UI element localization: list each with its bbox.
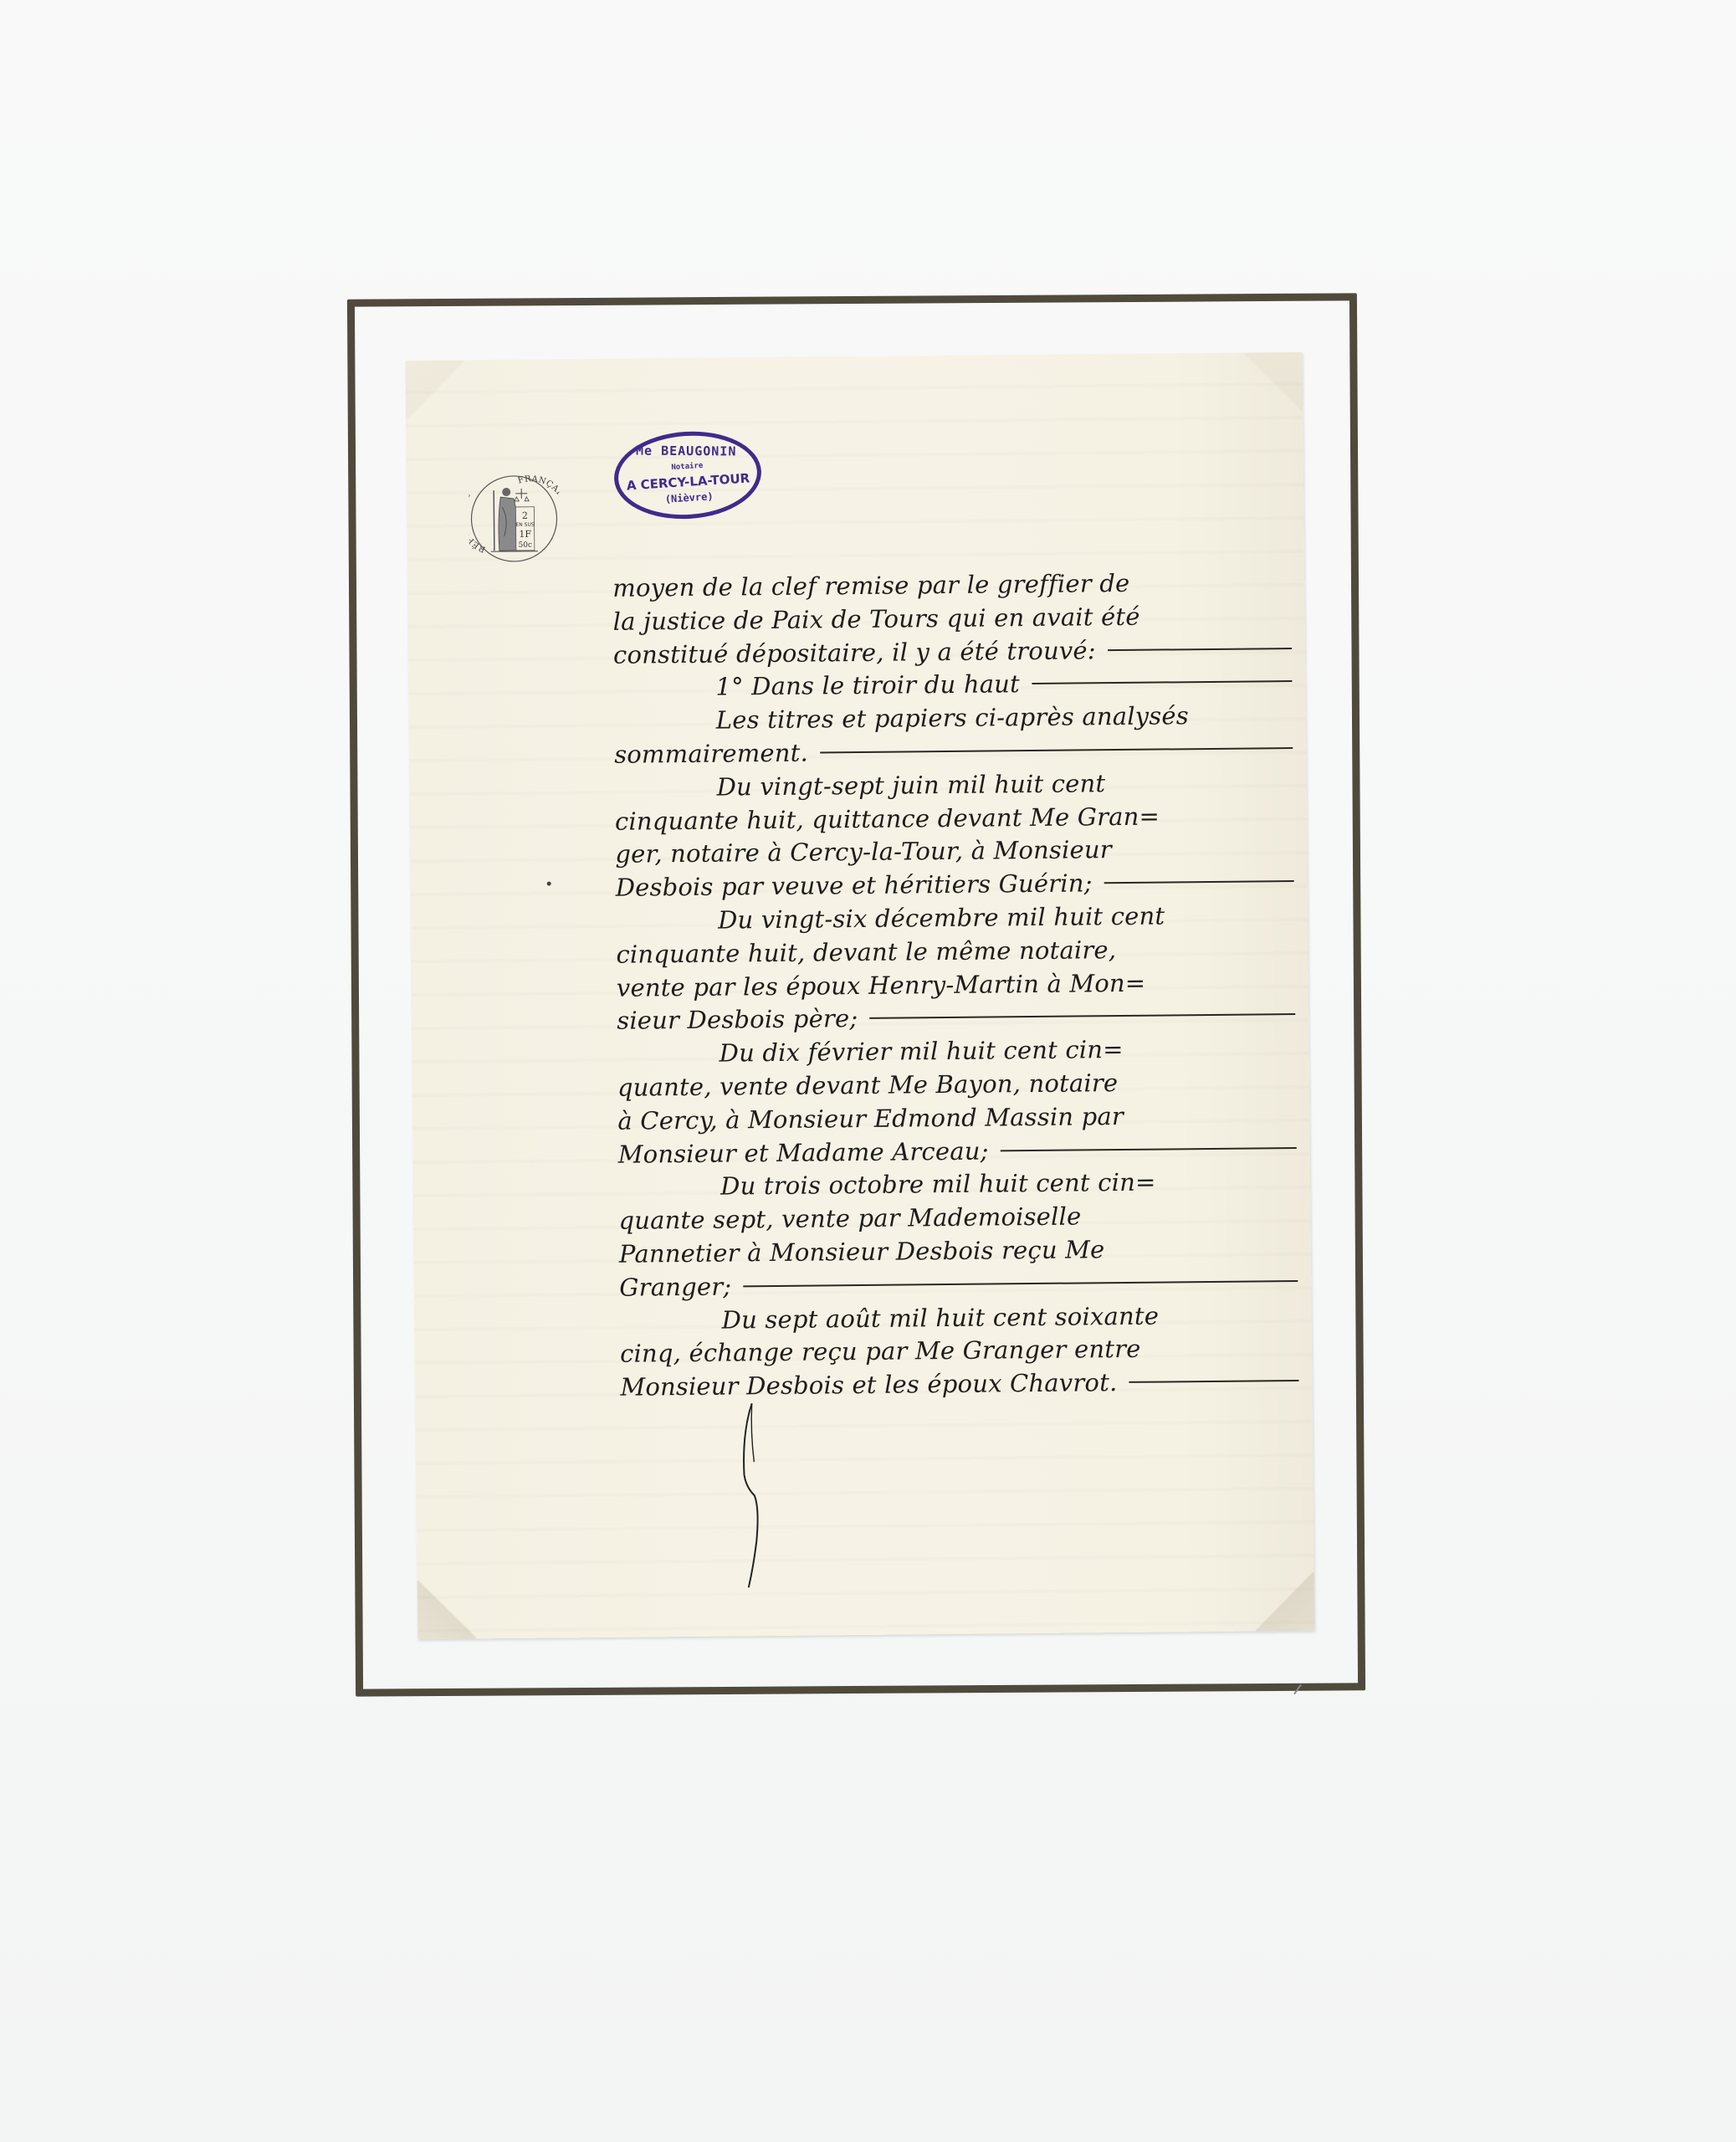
line-text: 1° Dans le tiroir du haut	[715, 669, 1020, 705]
notary-stamp: Me BEAUGONIN Notaire A CERCY-LA-TOUR (Ni…	[612, 428, 764, 524]
line-text: vente par les époux Henry-Martin à Mon=	[617, 966, 1146, 1005]
line-text: à Cercy, à Monsieur Edmond Massin par	[617, 1100, 1124, 1139]
line-text: constitué dépositaire, il y a été trouvé…	[613, 634, 1096, 672]
text-line: Monsieur Desbois et les époux Chavrot.	[620, 1365, 1302, 1405]
svg-text:50c: 50c	[519, 541, 533, 550]
line-text: Granger;	[619, 1270, 731, 1304]
mount-corner	[1244, 352, 1303, 412]
fiscal-stamp-seal-icon: RÉPUBLIQUE FRANÇAISE 2 EN SUS 1F 50c	[469, 473, 560, 564]
svg-text:1F: 1F	[519, 529, 531, 540]
mount-corner	[406, 361, 465, 420]
filler-dash-line	[1104, 880, 1294, 884]
handwritten-body: moyen de la clef remise par le greffier …	[612, 566, 1303, 1405]
line-text: cinq, échange reçu par Me Granger entre	[620, 1333, 1141, 1371]
document-paper: RÉPUBLIQUE FRANÇAISE 2 EN SUS 1F 50c Me …	[406, 352, 1315, 1639]
margin-mark	[547, 882, 551, 886]
line-text: Desbois par veuve et héritiers Guérin;	[616, 868, 1093, 905]
line-text: Monsieur Desbois et les époux Chavrot.	[620, 1366, 1117, 1404]
line-text: Du trois octobre mil huit cent cin=	[720, 1166, 1156, 1204]
filler-dash-line	[743, 1280, 1298, 1287]
line-text: Du vingt-sept juin mil huit cent	[716, 767, 1105, 804]
filler-dash-line	[1129, 1380, 1298, 1383]
line-text: ger, notaire à Cercy-la-Tour, à Monsieur	[615, 833, 1112, 871]
filler-dash-line	[869, 1013, 1295, 1019]
line-text: sommairement.	[614, 737, 808, 772]
notary-name: Me BEAUGONIN	[617, 443, 755, 459]
line-text: Les titres et papiers ci-après analysés	[716, 699, 1189, 737]
mount-corner	[417, 1580, 477, 1639]
line-text: Monsieur et Madame Arceau;	[618, 1135, 989, 1171]
svg-text:2: 2	[522, 510, 528, 521]
line-text: quante sept, vente par Mademoiselle	[618, 1201, 1081, 1238]
line-text: Du dix février mil huit cent cin=	[719, 1033, 1123, 1070]
line-text: cinquante huit, devant le même notaire,	[616, 934, 1116, 972]
filler-dash-line	[1108, 648, 1292, 651]
svg-text:EN SUS: EN SUS	[515, 522, 534, 528]
line-text: Du sept août mil huit cent soixante	[722, 1299, 1160, 1337]
line-text: sieur Desbois père;	[617, 1002, 858, 1038]
line-text: Du vingt-six décembre mil huit cent	[718, 899, 1165, 937]
mount-corner	[1256, 1572, 1315, 1632]
filler-dash-line	[1032, 680, 1292, 684]
filler-dash-line	[1001, 1147, 1297, 1151]
line-text: cinquante huit, quittance devant Me Gran…	[615, 800, 1160, 838]
filler-dash-line	[820, 747, 1293, 753]
line-text: la justice de Paix de Tours qui en avait…	[613, 601, 1140, 639]
line-text: quante, vente devant Me Bayon, notaire	[617, 1067, 1119, 1105]
signature-flourish-icon	[734, 1399, 769, 1591]
line-text: Pannetier à Monsieur Desbois reçu Me	[619, 1233, 1105, 1271]
line-text: moyen de la clef remise par le greffier …	[612, 567, 1129, 606]
